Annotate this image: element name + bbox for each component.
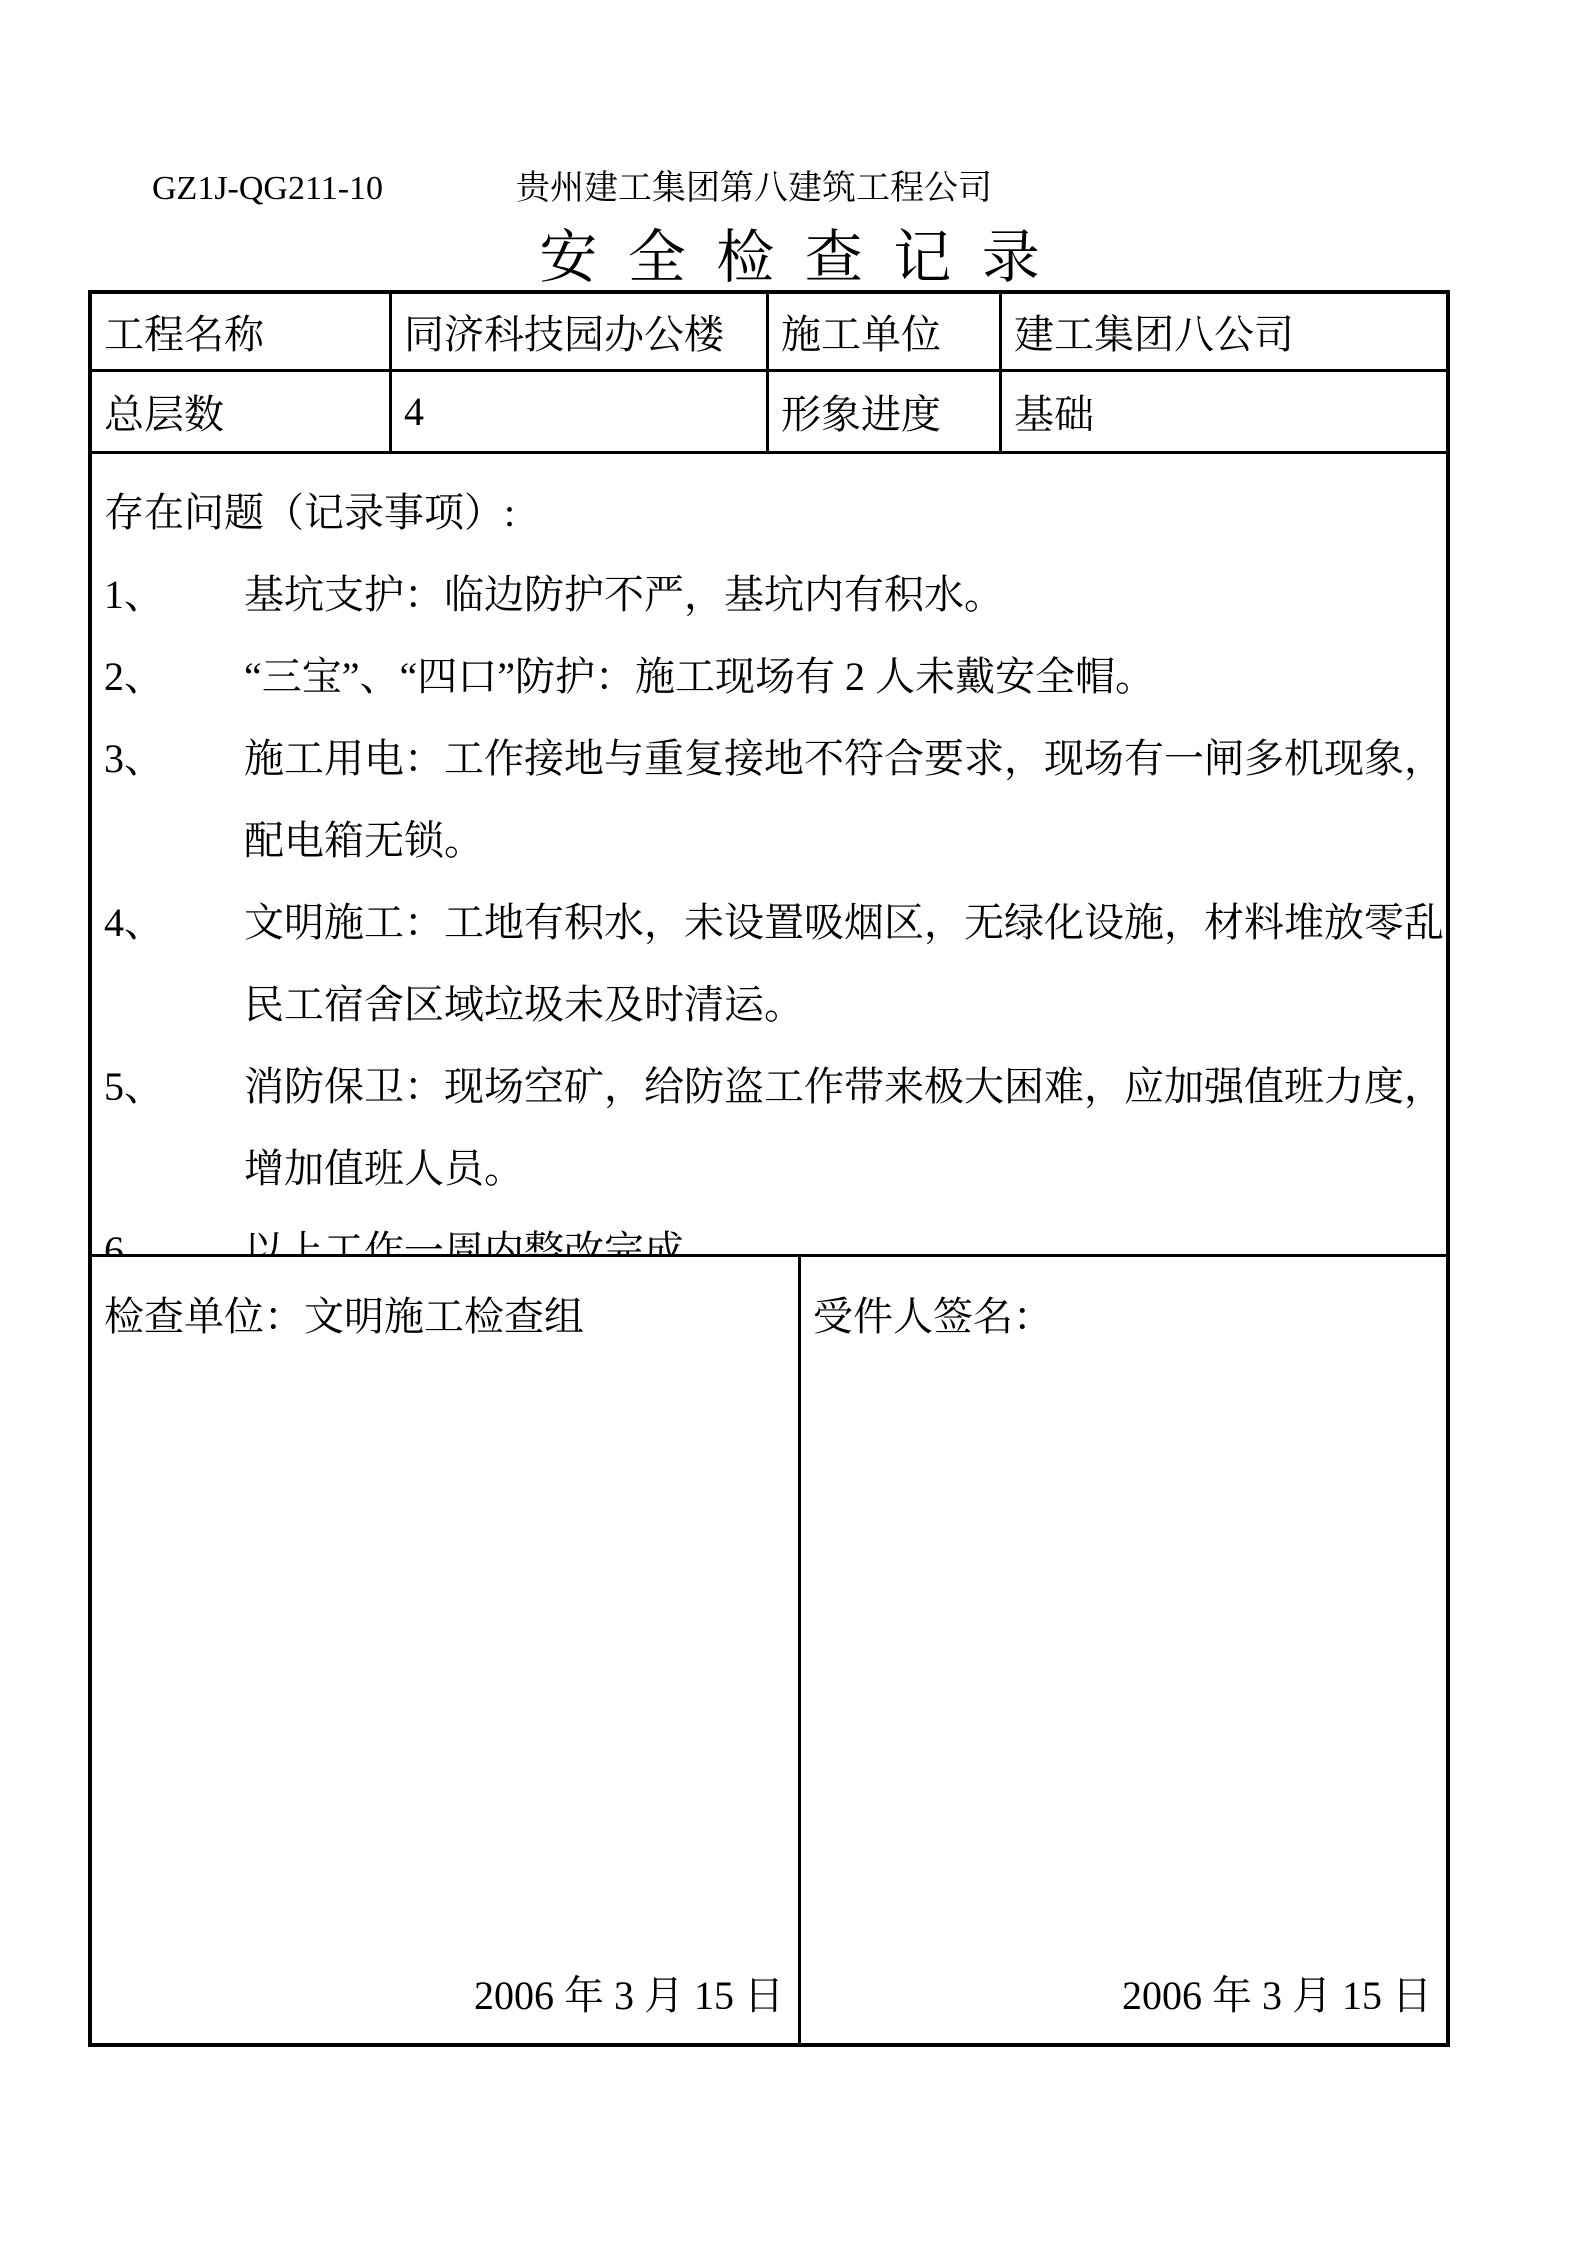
problem-number: 6、 <box>104 1219 244 1258</box>
problem-item-6: 6、以上工作一周内整改完成。 <box>104 1206 1428 1257</box>
problem-number: 1、 <box>104 563 244 620</box>
recipient-date: 2006 年 3 月 15 日 <box>1122 1964 1432 2021</box>
info-row-1: 工程名称 同济科技园办公楼 施工单位 建工集团八公司 <box>92 294 1446 372</box>
record-table: 工程名称 同济科技园办公楼 施工单位 建工集团八公司 总层数 4 形象进度 基础… <box>88 290 1450 2047</box>
construction-unit-value: 建工集团八公司 <box>1002 294 1446 369</box>
company-name: 贵州建工集团第八建筑工程公司 <box>516 170 992 207</box>
inspector-label: 检查单位：文明施工检查组 <box>104 1285 584 1342</box>
problem-text: 消防保卫：现场空矿，给防盗工作带来极大困难，应加强值班力度， <box>244 1055 1444 1112</box>
problem-text: “三宝”、“四口”防护：施工现场有 2 人未戴安全帽。 <box>244 645 1155 702</box>
project-name-value: 同济科技园办公楼 <box>392 294 769 369</box>
problem-number: 3、 <box>104 727 244 784</box>
progress-value: 基础 <box>1002 372 1446 451</box>
problem-text-continued: 民工宿舍区域垃圾未及时清运。 <box>244 973 804 1030</box>
problem-text-continued: 增加值班人员。 <box>244 1137 524 1194</box>
problems-heading: 存在问题（记录事项）: <box>104 468 1428 550</box>
problem-item-4: 4、文明施工：工地有积水，未设置吸烟区，无绿化设施，材料堆放零乱， <box>104 878 1428 960</box>
total-floors-label: 总层数 <box>92 372 392 451</box>
construction-unit-label: 施工单位 <box>769 294 1002 369</box>
problem-item-4-continued: 民工宿舍区域垃圾未及时清运。 <box>104 960 1428 1042</box>
problem-text: 施工用电：工作接地与重复接地不符合要求，现场有一闸多机现象， <box>244 727 1444 784</box>
problem-number: 4、 <box>104 891 244 948</box>
problem-text: 基坑支护：临边防护不严，基坑内有积水。 <box>244 563 1004 620</box>
problem-item-3-continued: 配电箱无锁。 <box>104 796 1428 878</box>
form-code: GZ1J-QG211-10 <box>152 170 383 207</box>
problems-section: 存在问题（记录事项）: 1、基坑支护：临边防护不严，基坑内有积水。 2、“三宝”… <box>92 454 1446 1257</box>
problem-number: 5、 <box>104 1055 244 1112</box>
project-name-label: 工程名称 <box>92 294 392 369</box>
info-row-2: 总层数 4 形象进度 基础 <box>92 372 1446 454</box>
inspector-cell: 检查单位：文明施工检查组 2006 年 3 月 15 日 <box>92 1257 801 2043</box>
total-floors-value: 4 <box>392 372 769 451</box>
progress-label: 形象进度 <box>769 372 1002 451</box>
problem-text: 以上工作一周内整改完成。 <box>244 1219 724 1258</box>
document-title: 安 全 检 查 记 录 <box>0 210 1587 294</box>
problem-item-5: 5、消防保卫：现场空矿，给防盗工作带来极大困难，应加强值班力度， <box>104 1042 1428 1124</box>
problem-text: 文明施工：工地有积水，未设置吸烟区，无绿化设施，材料堆放零乱， <box>244 891 1446 948</box>
recipient-signature-label: 受件人签名： <box>813 1285 1053 1342</box>
problem-item-1: 1、基坑支护：临边防护不严，基坑内有积水。 <box>104 550 1428 632</box>
recipient-cell: 受件人签名： 2006 年 3 月 15 日 <box>801 1257 1446 2043</box>
document-page: GZ1J-QG211-10贵州建工集团第八建筑工程公司 安 全 检 查 记 录 … <box>0 0 1587 2245</box>
problem-text-continued: 配电箱无锁。 <box>244 809 484 866</box>
signature-row: 检查单位：文明施工检查组 2006 年 3 月 15 日 受件人签名： 2006… <box>92 1257 1446 2043</box>
doc-header: GZ1J-QG211-10贵州建工集团第八建筑工程公司 <box>152 160 992 209</box>
problem-item-5-continued: 增加值班人员。 <box>104 1124 1428 1206</box>
problem-item-2: 2、“三宝”、“四口”防护：施工现场有 2 人未戴安全帽。 <box>104 632 1428 714</box>
problem-number: 2、 <box>104 645 244 702</box>
problem-item-3: 3、施工用电：工作接地与重复接地不符合要求，现场有一闸多机现象， <box>104 714 1428 796</box>
inspector-date: 2006 年 3 月 15 日 <box>474 1964 784 2021</box>
